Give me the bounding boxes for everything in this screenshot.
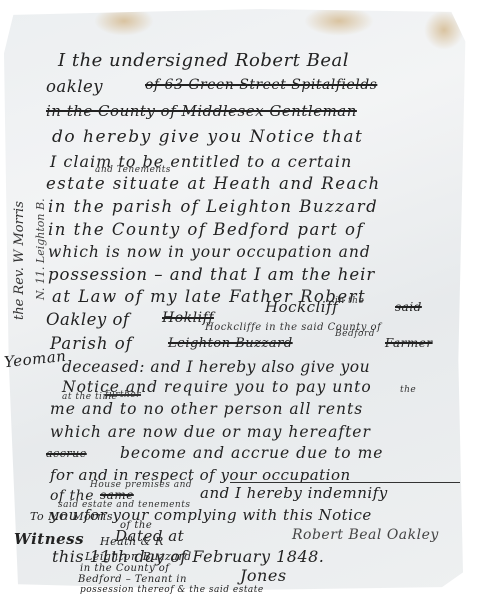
witness-label: Witness [14, 530, 84, 548]
signature: Robert Beal Oakley [292, 527, 439, 543]
divider [230, 482, 460, 483]
text-line: in the parish of Leighton Buzzard [48, 197, 378, 216]
text-line: do hereby give you Notice that [52, 127, 363, 147]
text-line: which are now due or may hereafter [50, 423, 371, 441]
margin-note: N. 11. Leighton B. [34, 198, 47, 300]
text-line: deceased: and I hereby also give you [62, 358, 370, 376]
text-line: possession – and that I am the heir [48, 265, 375, 284]
text-line: oakley [46, 77, 103, 96]
address-line: possession thereof & the said estate [80, 585, 264, 595]
address-line: in the County of [80, 563, 170, 574]
text-line: and I hereby indemnify [200, 484, 388, 502]
insertion: the [400, 385, 416, 395]
struck-text: of 63 Green Street Spitalfields [145, 77, 377, 93]
text-line: Oakley of [46, 310, 130, 329]
struck-text: accrue [46, 447, 87, 460]
text-line: estate situate at Heath and Reach [46, 174, 381, 193]
insertion: Hockcliff [265, 298, 338, 316]
address-line: To Mr. Morris [30, 510, 113, 523]
address-line: Leighton Buzzard [85, 550, 192, 563]
insertion: premises and [125, 480, 192, 490]
water-stain [304, 6, 374, 36]
insertion: Bedford [335, 329, 375, 339]
text-line: I the undersigned Robert Beal [58, 50, 349, 71]
text-line: in the County of Bedford part of [48, 220, 364, 239]
text-line: which is now in your occupation and [48, 243, 371, 261]
text-line: become and accrue due to me [120, 444, 383, 462]
insertion: in the [335, 296, 364, 306]
water-stain [424, 10, 464, 50]
struck-text: Farmer [385, 336, 433, 350]
margin-note: the Rev. W Morris [12, 201, 27, 320]
address-line: Bedford – Tenant in [78, 574, 187, 585]
struck-text: said [395, 300, 422, 314]
water-stain [94, 6, 154, 36]
text-line: me and to no other person all rents [50, 400, 363, 418]
struck-text: in the County of Middlesex Gentleman [46, 102, 357, 120]
address-line: of the [120, 520, 152, 531]
struck-text: further [105, 390, 141, 400]
struck-text: Leighton Buzzard [168, 336, 293, 351]
text-line: Jones [240, 566, 287, 585]
address-line: Heath & R [100, 535, 164, 548]
